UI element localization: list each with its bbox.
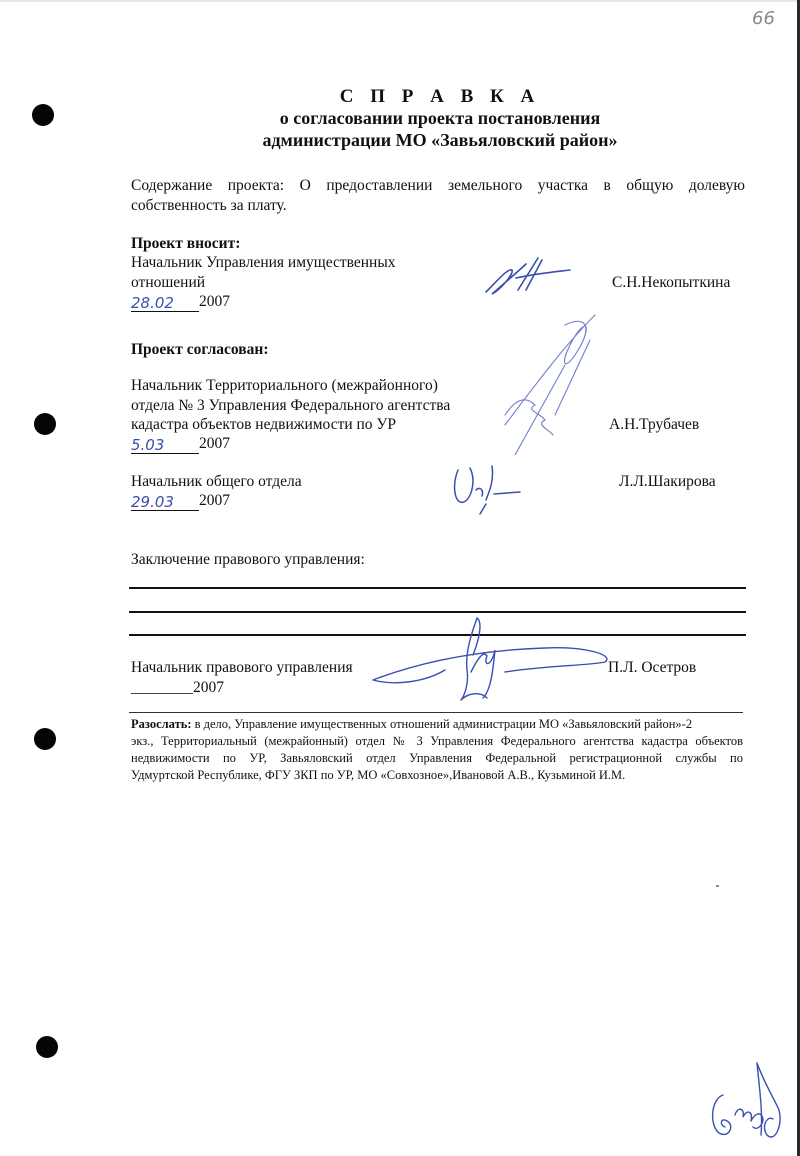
distribution-separator <box>129 712 743 713</box>
date-year: 2007 <box>199 435 230 452</box>
legal-position: Начальник правового управления <box>131 658 353 678</box>
submitted-by-position-1: Начальник Управления имущественных <box>131 253 396 273</box>
distribution-line-3: недвижимости по УР, Завьяловский отдел У… <box>131 750 743 767</box>
content-line-1: Содержание проекта: О предоставлении зем… <box>131 176 745 196</box>
handwritten-date: 28.02 <box>131 294 174 312</box>
document-subtitle-2: администрации МО «Завьяловский район» <box>0 130 800 151</box>
approver-2-position-1: Начальник общего отдела <box>131 472 302 492</box>
approver-1-position-3: кадастра объектов недвижимости по УР <box>131 415 396 435</box>
approver-1-date: 5.032007 <box>131 434 230 454</box>
distribution-label: Разослать: <box>131 717 192 731</box>
punch-hole <box>36 1036 58 1058</box>
signature-archive <box>705 1055 785 1150</box>
content-line-2: собственность за плату. <box>131 196 287 216</box>
document-subtitle-1: о согласовании проекта постановления <box>0 108 800 129</box>
punch-hole <box>34 413 56 435</box>
conclusion-line-1 <box>129 587 746 589</box>
handwritten-date: 5.03 <box>131 436 164 454</box>
punch-hole <box>34 728 56 750</box>
document-title: С П Р А В К А <box>0 86 800 108</box>
distribution-line-1: Разослать: в дело, Управление имуществен… <box>131 716 692 733</box>
approver-1-name: А.Н.Трубачев <box>609 415 699 435</box>
page-top-edge <box>0 0 800 2</box>
legal-date: ________2007 <box>131 678 224 698</box>
approver-1-position-1: Начальник Территориального (межрайонного… <box>131 376 438 396</box>
date-year: 2007 <box>199 492 230 509</box>
scan-speck <box>716 885 719 887</box>
date-year: 2007 <box>193 679 224 696</box>
approver-1-position-2: отдела № 3 Управления Федерального агент… <box>131 396 450 416</box>
distribution-line-2: экз., Территориальный (межрайонный) отде… <box>131 733 743 750</box>
signature-shakirova <box>450 460 530 515</box>
legal-heading: Заключение правового управления: <box>131 550 365 570</box>
distribution-text-1: в дело, Управление имущественных отношен… <box>195 717 692 731</box>
page-number: 66 <box>752 8 775 29</box>
signature-osetrov <box>365 610 625 705</box>
distribution-line-4: Удмуртской Республике, ФГУ ЗКП по УР, МО… <box>131 767 625 784</box>
approved-heading: Проект согласован: <box>131 340 269 360</box>
submitted-by-date: 28.022007 <box>131 292 230 312</box>
handwritten-date: 29.03 <box>131 493 174 511</box>
date-year: 2007 <box>199 293 230 310</box>
submitted-by-heading: Проект вносит: <box>131 234 240 254</box>
approver-2-date: 29.032007 <box>131 491 230 511</box>
submitted-by-name: С.Н.Некопыткина <box>612 273 730 293</box>
approver-2-name: Л.Л.Шакирова <box>619 472 716 492</box>
signature-trubachev <box>495 305 615 455</box>
signature-nekopytkina <box>478 250 578 300</box>
date-blank: ________ <box>131 679 193 696</box>
submitted-by-position-2: отношений <box>131 273 205 293</box>
